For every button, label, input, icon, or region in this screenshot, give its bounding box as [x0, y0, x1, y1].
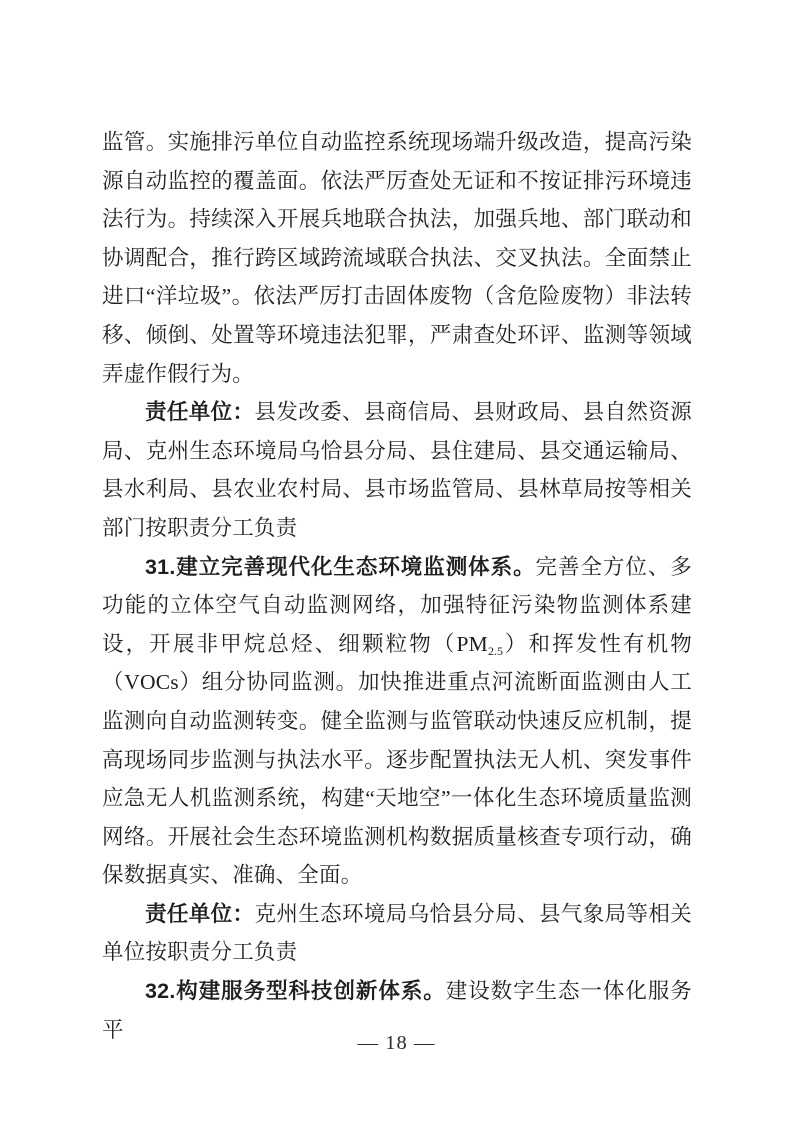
document-page: 监管。实施排污单位自动监控系统现场端升级改造，提高污染源自动监控的覆盖面。依法严…	[0, 0, 793, 1122]
page-number: — 18 —	[0, 1030, 793, 1056]
paragraph-text: ）和挥发性有机物（VOCs）组分协同监测。加快推进重点河流断面监测由人工监测向自…	[102, 632, 692, 888]
paragraph-lead-bold: 31.建立完善现代化生态环境监测体系。	[145, 555, 536, 579]
para-continuation-supervision: 监管。实施排污单位自动监控系统现场端升级改造，提高污染源自动监控的覆盖面。依法严…	[102, 123, 692, 393]
paragraph-text: 监管。实施排污单位自动监控系统现场端升级改造，提高污染源自动监控的覆盖面。依法严…	[102, 130, 692, 386]
subscript-text: 2.5	[488, 644, 503, 658]
paragraph-lead-bold: 责任单位：	[145, 400, 254, 424]
para-item-31-monitoring-system: 31.建立完善现代化生态环境监测体系。完善全方位、多功能的立体空气自动监测网络，…	[102, 548, 692, 895]
document-body: 监管。实施排污单位自动监控系统现场端升级改造，提高污染源自动监控的覆盖面。依法严…	[102, 123, 692, 1049]
para-responsible-units-1: 责任单位：县发改委、县商信局、县财政局、县自然资源局、克州生态环境局乌恰县分局、…	[102, 393, 692, 547]
para-responsible-units-2: 责任单位：克州生态环境局乌恰县分局、县气象局等相关单位按职责分工负责	[102, 895, 692, 972]
paragraph-lead-bold: 32.构建服务型科技创新体系。	[145, 979, 446, 1003]
paragraph-lead-bold: 责任单位：	[145, 902, 254, 926]
